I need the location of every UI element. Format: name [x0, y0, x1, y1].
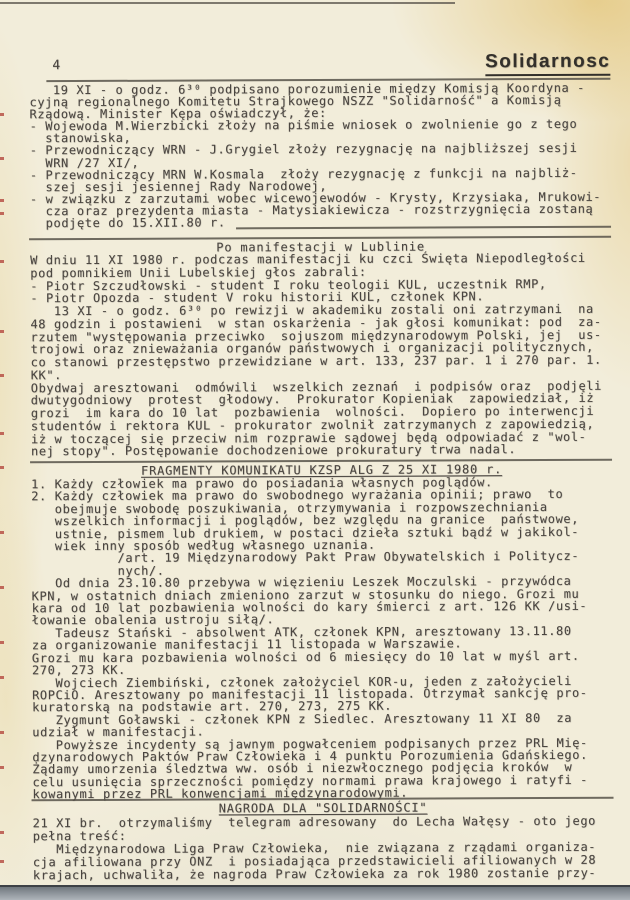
- page-content: 4 Solidarnosc 19 XI - o godz. 6³⁰ podpis…: [0, 0, 630, 900]
- section-nagroda-text: 21 XI br. otrzymaliśmy telegram adresowa…: [33, 815, 616, 883]
- masthead-logo: Solidarnosc: [485, 51, 610, 77]
- scanned-bulletin-page: 4 Solidarnosc 19 XI - o godz. 6³⁰ podpis…: [0, 0, 630, 900]
- divider-after-agreement: [236, 226, 611, 229]
- section-agreement-text: 19 XI - o godz. 6³⁰ podpisano porozumien…: [29, 82, 613, 230]
- section-lublin-text: W dniu 11 XI 1980 r. podczas manifestacj…: [30, 252, 614, 459]
- section-komunikat-text: 1. Każdy człowiek ma prawo do posiadania…: [31, 476, 615, 801]
- page-number: 4: [52, 58, 60, 73]
- scanner-bed-strip: [0, 885, 630, 900]
